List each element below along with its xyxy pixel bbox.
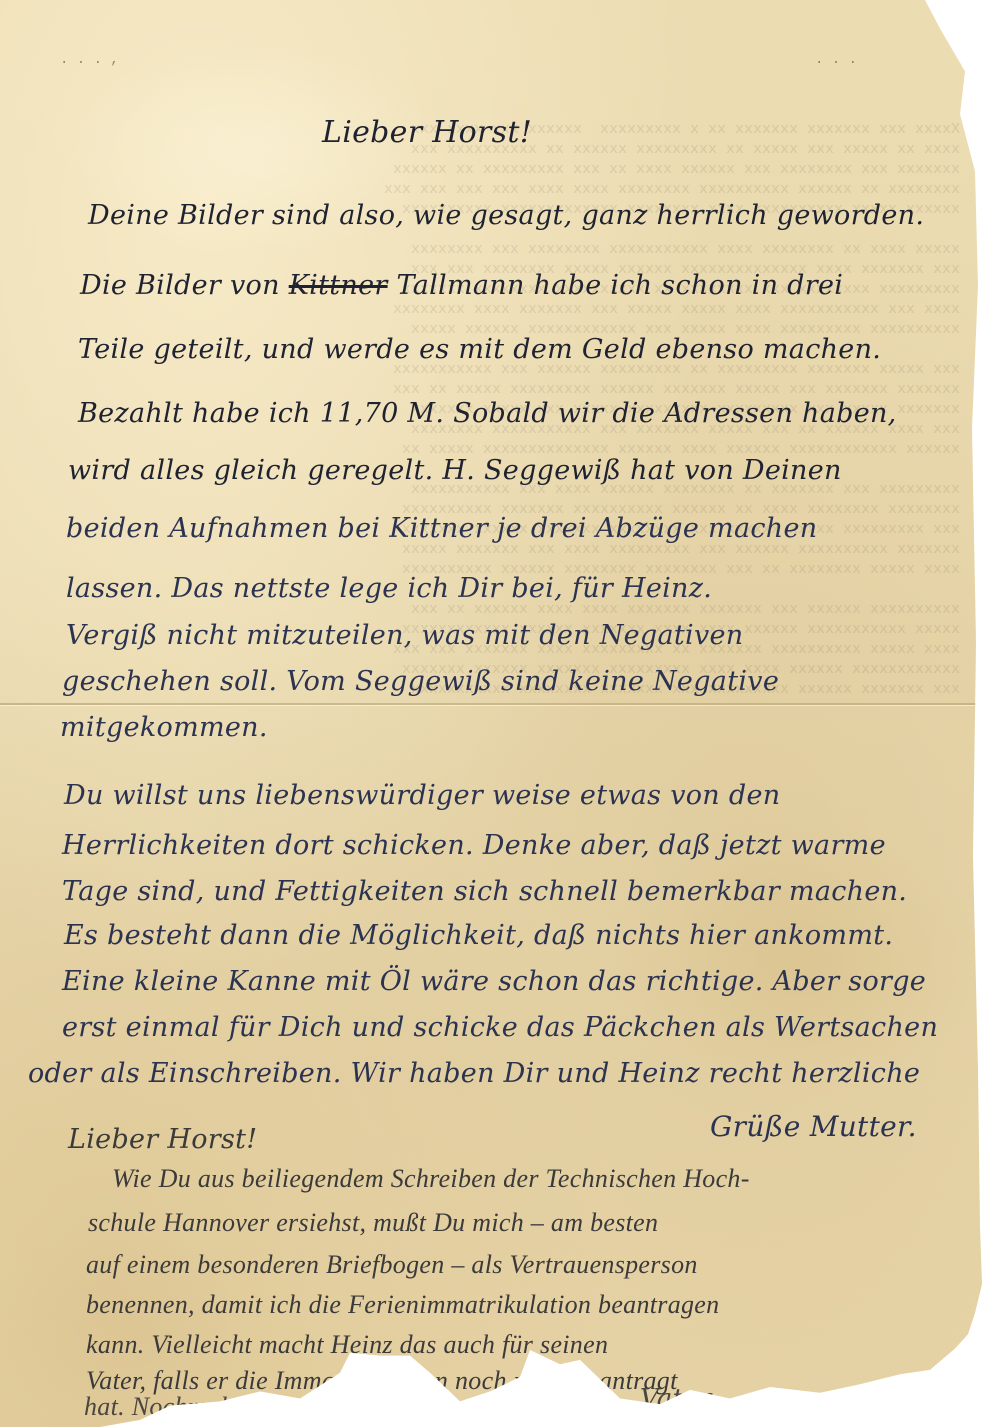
letter2-signature: Vater: [640, 1384, 712, 1414]
letter1-line: Tage sind, und Fettigkeiten sich schnell…: [62, 876, 907, 907]
letter1-line: lassen. Das nettste lege ich Dir bei, fü…: [66, 573, 712, 604]
letter-paper: Xxxxx xxx xxxxxxx xxxxxxx xx x xxxxxxxxx…: [0, 0, 1000, 1427]
letter1-line: erst einmal für Dich und schicke das Päc…: [62, 1012, 938, 1043]
letter1-line: Deine Bilder sind also, wie gesagt, ganz…: [88, 200, 924, 231]
letter1-line: Eine kleine Kanne mit Öl wäre schon das …: [62, 966, 926, 997]
letter2-line: schule Hannover ersiehst, mußt Du mich –…: [88, 1208, 658, 1238]
header-marks-right: . . .: [815, 52, 857, 68]
letter1-line: Du willst uns liebenswürdiger weise etwa…: [64, 780, 780, 811]
letter1-line: oder als Einschreiben. Wir haben Dir und…: [28, 1058, 920, 1089]
header-marks-left: . . . ,: [60, 52, 119, 68]
letter1-line: Die Bilder von Kittner Tallmann habe ich…: [80, 270, 843, 301]
letter1-line: Teile geteilt, und werde es mit dem Geld…: [78, 334, 881, 365]
letter2-line: auf einem besonderen Briefbogen – als Ve…: [86, 1250, 698, 1280]
letter1-salutation: Lieber Horst!: [322, 115, 532, 150]
letter1-line: mitgekommen.: [60, 712, 268, 743]
letter2-line: benennen, damit ich die Ferienimmatrikul…: [86, 1290, 719, 1320]
letter1-line-text: Tallmann habe ich schon in drei: [396, 270, 843, 301]
letter1-closing: Grüße Mutter.: [710, 1110, 917, 1143]
letter1-line: Es besteht dann die Möglichkeit, daß nic…: [64, 920, 893, 951]
letter1-line: Herrlichkeiten dort schicken. Denke aber…: [62, 830, 886, 861]
letter2-salutation: Lieber Horst!: [68, 1124, 257, 1155]
letter1-line: geschehen soll. Vom Seggewiß sind keine …: [62, 666, 779, 697]
letter1-line: wird alles gleich geregelt. H. Seggewiß …: [68, 455, 842, 486]
struck-out-word: Kittner: [289, 270, 388, 301]
letter1-line: beiden Aufnahmen bei Kittner je drei Abz…: [66, 513, 817, 544]
letter1-line: Vergiß nicht mitzuteilen, was mit den Ne…: [66, 620, 744, 651]
letter1-line-text: Die Bilder von: [80, 270, 280, 301]
letter2-line: kann. Vielleicht macht Heinz das auch fü…: [86, 1330, 608, 1360]
letter2-line: hat. Nochmals …… ……: [84, 1392, 345, 1422]
paper-fold-line: [0, 703, 980, 705]
letter1-line: Bezahlt habe ich 11,70 M. Sobald wir die…: [78, 398, 897, 429]
letter2-line: Wie Du aus beiliegendem Schreiben der Te…: [112, 1164, 750, 1194]
